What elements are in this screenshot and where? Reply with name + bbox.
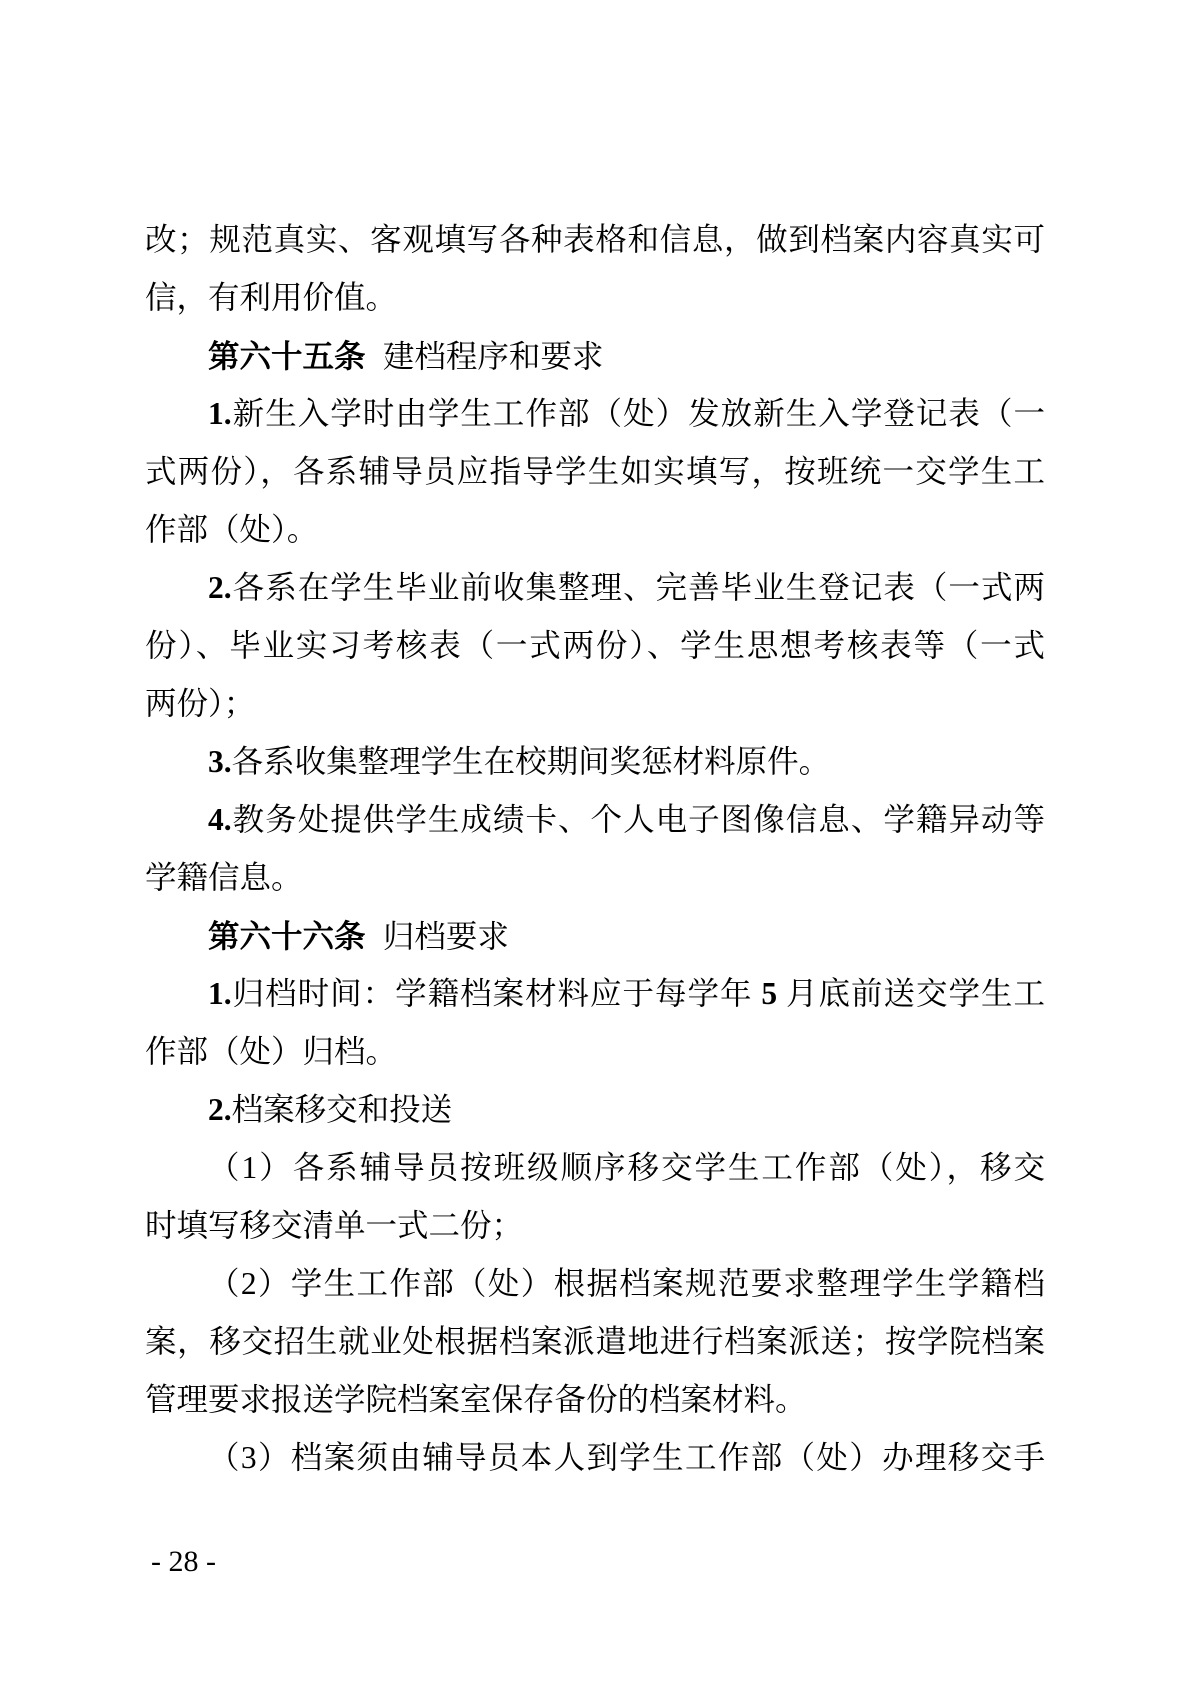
text-line: 2.各系在学生毕业前收集整理、完善毕业生登记表（一式两 <box>145 559 1045 617</box>
line-text: （3）档案须由辅导员本人到学生工作部（处）办理移交手 <box>208 1440 1045 1475</box>
text-line: 1.归档时间：学籍档案材料应于每学年 5 月底前送交学生工 <box>145 965 1045 1023</box>
text-line: （1）各系辅导员按班级顺序移交学生工作部（处），移交 <box>145 1139 1045 1197</box>
text-line: 作部（处）归档。 <box>145 1023 1045 1081</box>
line-text: 作部（处）。 <box>145 512 318 547</box>
text-line: 案，移交招生就业处根据档案派遣地进行档案派送；按学院档案 <box>145 1313 1045 1371</box>
line-text: 作部（处）归档。 <box>145 1034 397 1069</box>
text-line: 学籍信息。 <box>145 849 1045 907</box>
line-text: 案，移交招生就业处根据档案派遣地进行档案派送；按学院档案 <box>145 1324 1045 1359</box>
text-line: 改；规范真实、客观填写各种表格和信息，做到档案内容真实可 <box>145 211 1045 269</box>
list-number: 2. <box>208 570 232 605</box>
list-number: 1. <box>208 396 232 431</box>
text-body: 改；规范真实、客观填写各种表格和信息，做到档案内容真实可 信，有利用价值。 第六… <box>145 211 1045 1487</box>
line-text: 月底前送交学生工 <box>777 976 1045 1011</box>
text-line: 份）、毕业实习考核表（一式两份）、学生思想考核表等（一式 <box>145 617 1045 675</box>
text-line: 1.新生入学时由学生工作部（处）发放新生入学登记表（一 <box>145 385 1045 443</box>
article-heading: 第六十五条建档程序和要求 <box>145 327 1045 385</box>
bold-numeral: 5 <box>761 976 777 1011</box>
line-text: 教务处提供学生成绩卡、个人电子图像信息、学籍异动等 <box>232 802 1045 837</box>
text-line: （3）档案须由辅导员本人到学生工作部（处）办理移交手 <box>145 1429 1045 1487</box>
line-text: 档案移交和投送 <box>232 1092 453 1127</box>
article-title: 建档程序和要求 <box>383 339 604 374</box>
article-number: 第六十六条 <box>208 918 366 954</box>
line-text: 新生入学时由学生工作部（处）发放新生入学登记表（一 <box>232 396 1045 431</box>
line-text: （2）学生工作部（处）根据档案规范要求整理学生学籍档 <box>208 1266 1045 1301</box>
line-text: 学籍信息。 <box>145 860 303 895</box>
text-line: 两份）； <box>145 675 1045 733</box>
page-number: - 28 - <box>151 1542 216 1582</box>
line-text: 时填写移交清单一式二份； <box>145 1208 523 1243</box>
list-number: 3. <box>208 744 232 779</box>
list-number: 2. <box>208 1092 232 1127</box>
line-text: 改；规范真实、客观填写各种表格和信息，做到档案内容真实可 <box>145 222 1045 257</box>
text-line: 作部（处）。 <box>145 501 1045 559</box>
text-line: （2）学生工作部（处）根据档案规范要求整理学生学籍档 <box>145 1255 1045 1313</box>
line-text: 份）、毕业实习考核表（一式两份）、学生思想考核表等（一式 <box>145 628 1045 663</box>
line-text: 各系在学生毕业前收集整理、完善毕业生登记表（一式两 <box>232 570 1045 605</box>
list-number: 1. <box>208 976 232 1011</box>
line-text: 式两份），各系辅导员应指导学生如实填写，按班统一交学生工 <box>145 454 1045 489</box>
line-text: 信，有利用价值。 <box>145 280 397 315</box>
text-line: 式两份），各系辅导员应指导学生如实填写，按班统一交学生工 <box>145 443 1045 501</box>
text-line: 管理要求报送学院档案室保存备份的档案材料。 <box>145 1371 1045 1429</box>
article-number: 第六十五条 <box>208 338 366 374</box>
document-page: 改；规范真实、客观填写各种表格和信息，做到档案内容真实可 信，有利用价值。 第六… <box>0 0 1191 1684</box>
text-line: 信，有利用价值。 <box>145 269 1045 327</box>
list-number: 4. <box>208 802 232 837</box>
text-line: 2.档案移交和投送 <box>145 1081 1045 1139</box>
article-heading: 第六十六条归档要求 <box>145 907 1045 965</box>
line-text: 管理要求报送学院档案室保存备份的档案材料。 <box>145 1382 807 1417</box>
text-line: 3.各系收集整理学生在校期间奖惩材料原件。 <box>145 733 1045 791</box>
line-text: 两份）； <box>145 686 255 721</box>
text-line: 4.教务处提供学生成绩卡、个人电子图像信息、学籍异动等 <box>145 791 1045 849</box>
line-text: 归档时间：学籍档案材料应于每学年 <box>232 976 762 1011</box>
article-title: 归档要求 <box>383 919 509 954</box>
line-text: （1）各系辅导员按班级顺序移交学生工作部（处），移交 <box>208 1150 1045 1185</box>
text-line: 时填写移交清单一式二份； <box>145 1197 1045 1255</box>
line-text: 各系收集整理学生在校期间奖惩材料原件。 <box>232 744 831 779</box>
